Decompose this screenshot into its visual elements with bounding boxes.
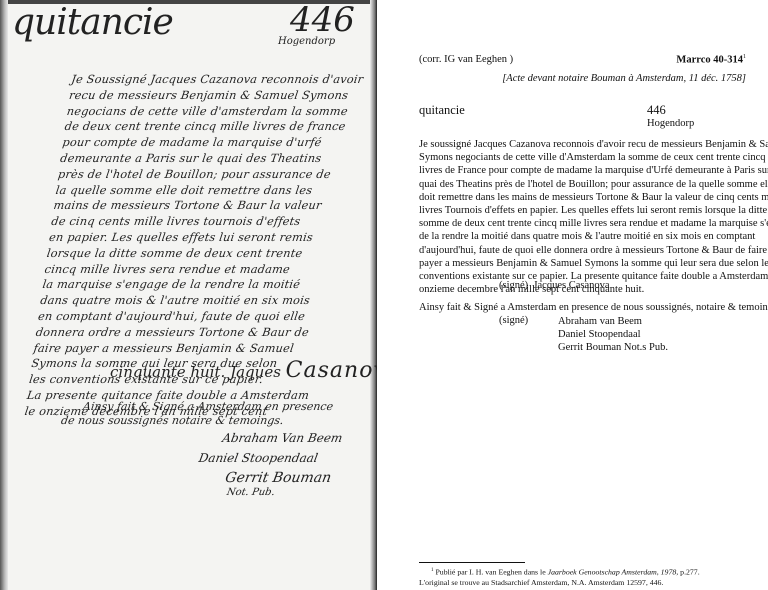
- manuscript-line: en comptant d'aujourd'hui, faute de quoi…: [37, 309, 359, 325]
- manuscript-closing: Ainsy fait & Signé a Amsterdam en presen…: [60, 400, 334, 428]
- body-line: Je soussigné Jacques Cazanova reconnois …: [419, 138, 750, 151]
- body-line: somme de deux cent trente cincq mille li…: [419, 217, 750, 230]
- manuscript-line: pour compte de madame la marquise d'urfé: [61, 135, 377, 151]
- body-line: payer a messieurs Benjamin & Samuel Symo…: [419, 257, 750, 270]
- closing-line: Ainsy fait & Signé a Amsterdam en presen…: [62, 400, 334, 414]
- signature-surname: Casanova: [286, 358, 377, 383]
- manuscript-line: cinquante huit.: [110, 363, 225, 381]
- manuscript-line: la marquise s'engage de la rendre la moi…: [41, 277, 363, 293]
- manuscript-page: quitancie 446 Hogendorp Je Soussigné Jac…: [0, 0, 377, 590]
- manuscript-line: cincq mille livres sera rendue et madame: [44, 262, 366, 278]
- footnote-text: Publié par I. H. van Eeghen dans le: [435, 568, 547, 577]
- witness-name: Gerrit Bouman Not.s Pub.: [558, 341, 668, 354]
- footnote-number: 1: [431, 568, 434, 573]
- document-title: quitancie: [419, 103, 465, 118]
- footnote-line-1: 1 Publié par I. H. van Eeghen dans le Ja…: [419, 566, 700, 578]
- footnote: 1 Publié par I. H. van Eeghen dans le Ja…: [419, 566, 700, 588]
- witness-name: Abraham van Beem: [558, 315, 668, 328]
- reference-text: Marrco 40-314: [676, 55, 743, 66]
- manuscript-line: lorsque la ditte somme de deux cent tren…: [46, 246, 368, 262]
- body-line: quai des Theatins près de l'hotel de Bou…: [419, 178, 750, 191]
- signed-name: Jacques Casanova: [533, 280, 609, 291]
- manuscript-signature: cinquante huit. Jaques Casanova: [110, 358, 377, 383]
- footnote-mark: 1: [743, 54, 746, 60]
- manuscript-line: Je Soussigné Jacques Cazanova reconnois …: [70, 72, 377, 88]
- signed-label: (signé): [499, 280, 528, 291]
- transcription-body: Je soussigné Jacques Cazanova reconnois …: [419, 138, 750, 296]
- manuscript-witnesses: Abraham Van Beem Daniel Stoopendaal Gerr…: [192, 428, 344, 498]
- transcription-page: (corr. IG van Eeghen ) Marrco 40-3141 [A…: [377, 0, 768, 590]
- witness-signature: Daniel Stoopendaal: [197, 448, 341, 468]
- archive-reference: Marrco 40-3141: [676, 54, 746, 66]
- manuscript-line: en papier. Les quelles effets lui seront…: [48, 230, 370, 246]
- manuscript-line: près de l'hotel de Bouillon; pour assura…: [57, 167, 377, 183]
- footnote-page: , p.277.: [676, 568, 699, 577]
- document-annotation: Hogendorp: [647, 118, 694, 129]
- manuscript-line: de cinq cents mille livres tournois d'ef…: [50, 214, 372, 230]
- correction-credit: (corr. IG van Eeghen ): [419, 54, 513, 65]
- signature-block: (signé) Jacques Casanova: [499, 280, 610, 291]
- body-line: de la rendre la moitié dans quatre mois …: [419, 230, 750, 243]
- acte-note: [Acte devant notaire Bouman à Amsterdam,…: [502, 73, 746, 84]
- witness-signature: Gerrit Bouman: [194, 468, 338, 488]
- body-line: Symons negociants de cette ville d'Amste…: [419, 151, 750, 164]
- manuscript-number: 446: [290, 0, 355, 40]
- witness-name: Daniel Stoopendaal: [558, 328, 668, 341]
- witness-signature: Abraham Van Beem: [201, 428, 345, 448]
- notary-mark: Not. Pub.: [192, 488, 334, 498]
- body-line: doit remettre dans les mains de messieur…: [419, 191, 750, 204]
- manuscript-line: mains de messieurs Tortone & Baur la val…: [52, 198, 374, 214]
- manuscript-title: quitancie: [12, 2, 173, 43]
- manuscript-line: dans quatre mois & l'autre moitié en six…: [39, 293, 361, 309]
- witness-list: Abraham van Beem Daniel Stoopendaal Gerr…: [558, 315, 668, 354]
- body-line: d'aujourd'hui, faute de quoi elle donner…: [419, 244, 750, 257]
- footnote-divider: [419, 562, 525, 563]
- manuscript-line: demeurante a Paris sur le quai des Theat…: [59, 151, 377, 167]
- witness-signed-label: (signé): [499, 315, 528, 326]
- manuscript-line: faire payer a messieurs Benjamin & Samue…: [32, 341, 354, 357]
- manuscript-line: de deux cent trente cincq mille livres d…: [64, 119, 377, 135]
- page-edge-left: [0, 0, 8, 590]
- closing-line: de nous soussignés notaire & temoings.: [60, 414, 332, 428]
- manuscript-line: donnera ordre a messieurs Tortone & Baur…: [35, 325, 357, 341]
- manuscript-line: negocians de cette ville d'amsterdam la …: [66, 104, 377, 120]
- footnote-journal: Jaarboek Genootschap Amsterdam, 1978: [548, 568, 677, 577]
- body-line: livres Tournois d'effets en papier. Les …: [419, 204, 750, 217]
- footnote-line-2: L'original se trouve au Stadsarchief Ams…: [419, 578, 700, 588]
- manuscript-line: recu de messieurs Benjamin & Samuel Symo…: [68, 88, 377, 104]
- document-number: 446: [647, 103, 666, 118]
- manuscript-line: la quelle somme elle doit remettre dans …: [55, 183, 377, 199]
- manuscript-annotation: Hogendorp: [278, 36, 335, 47]
- closing-statement: Ainsy fait & Signé a Amsterdam en presen…: [419, 302, 768, 313]
- body-line: livres de France pour compte de madame l…: [419, 164, 750, 177]
- signature-first-name: Jaques: [230, 363, 281, 381]
